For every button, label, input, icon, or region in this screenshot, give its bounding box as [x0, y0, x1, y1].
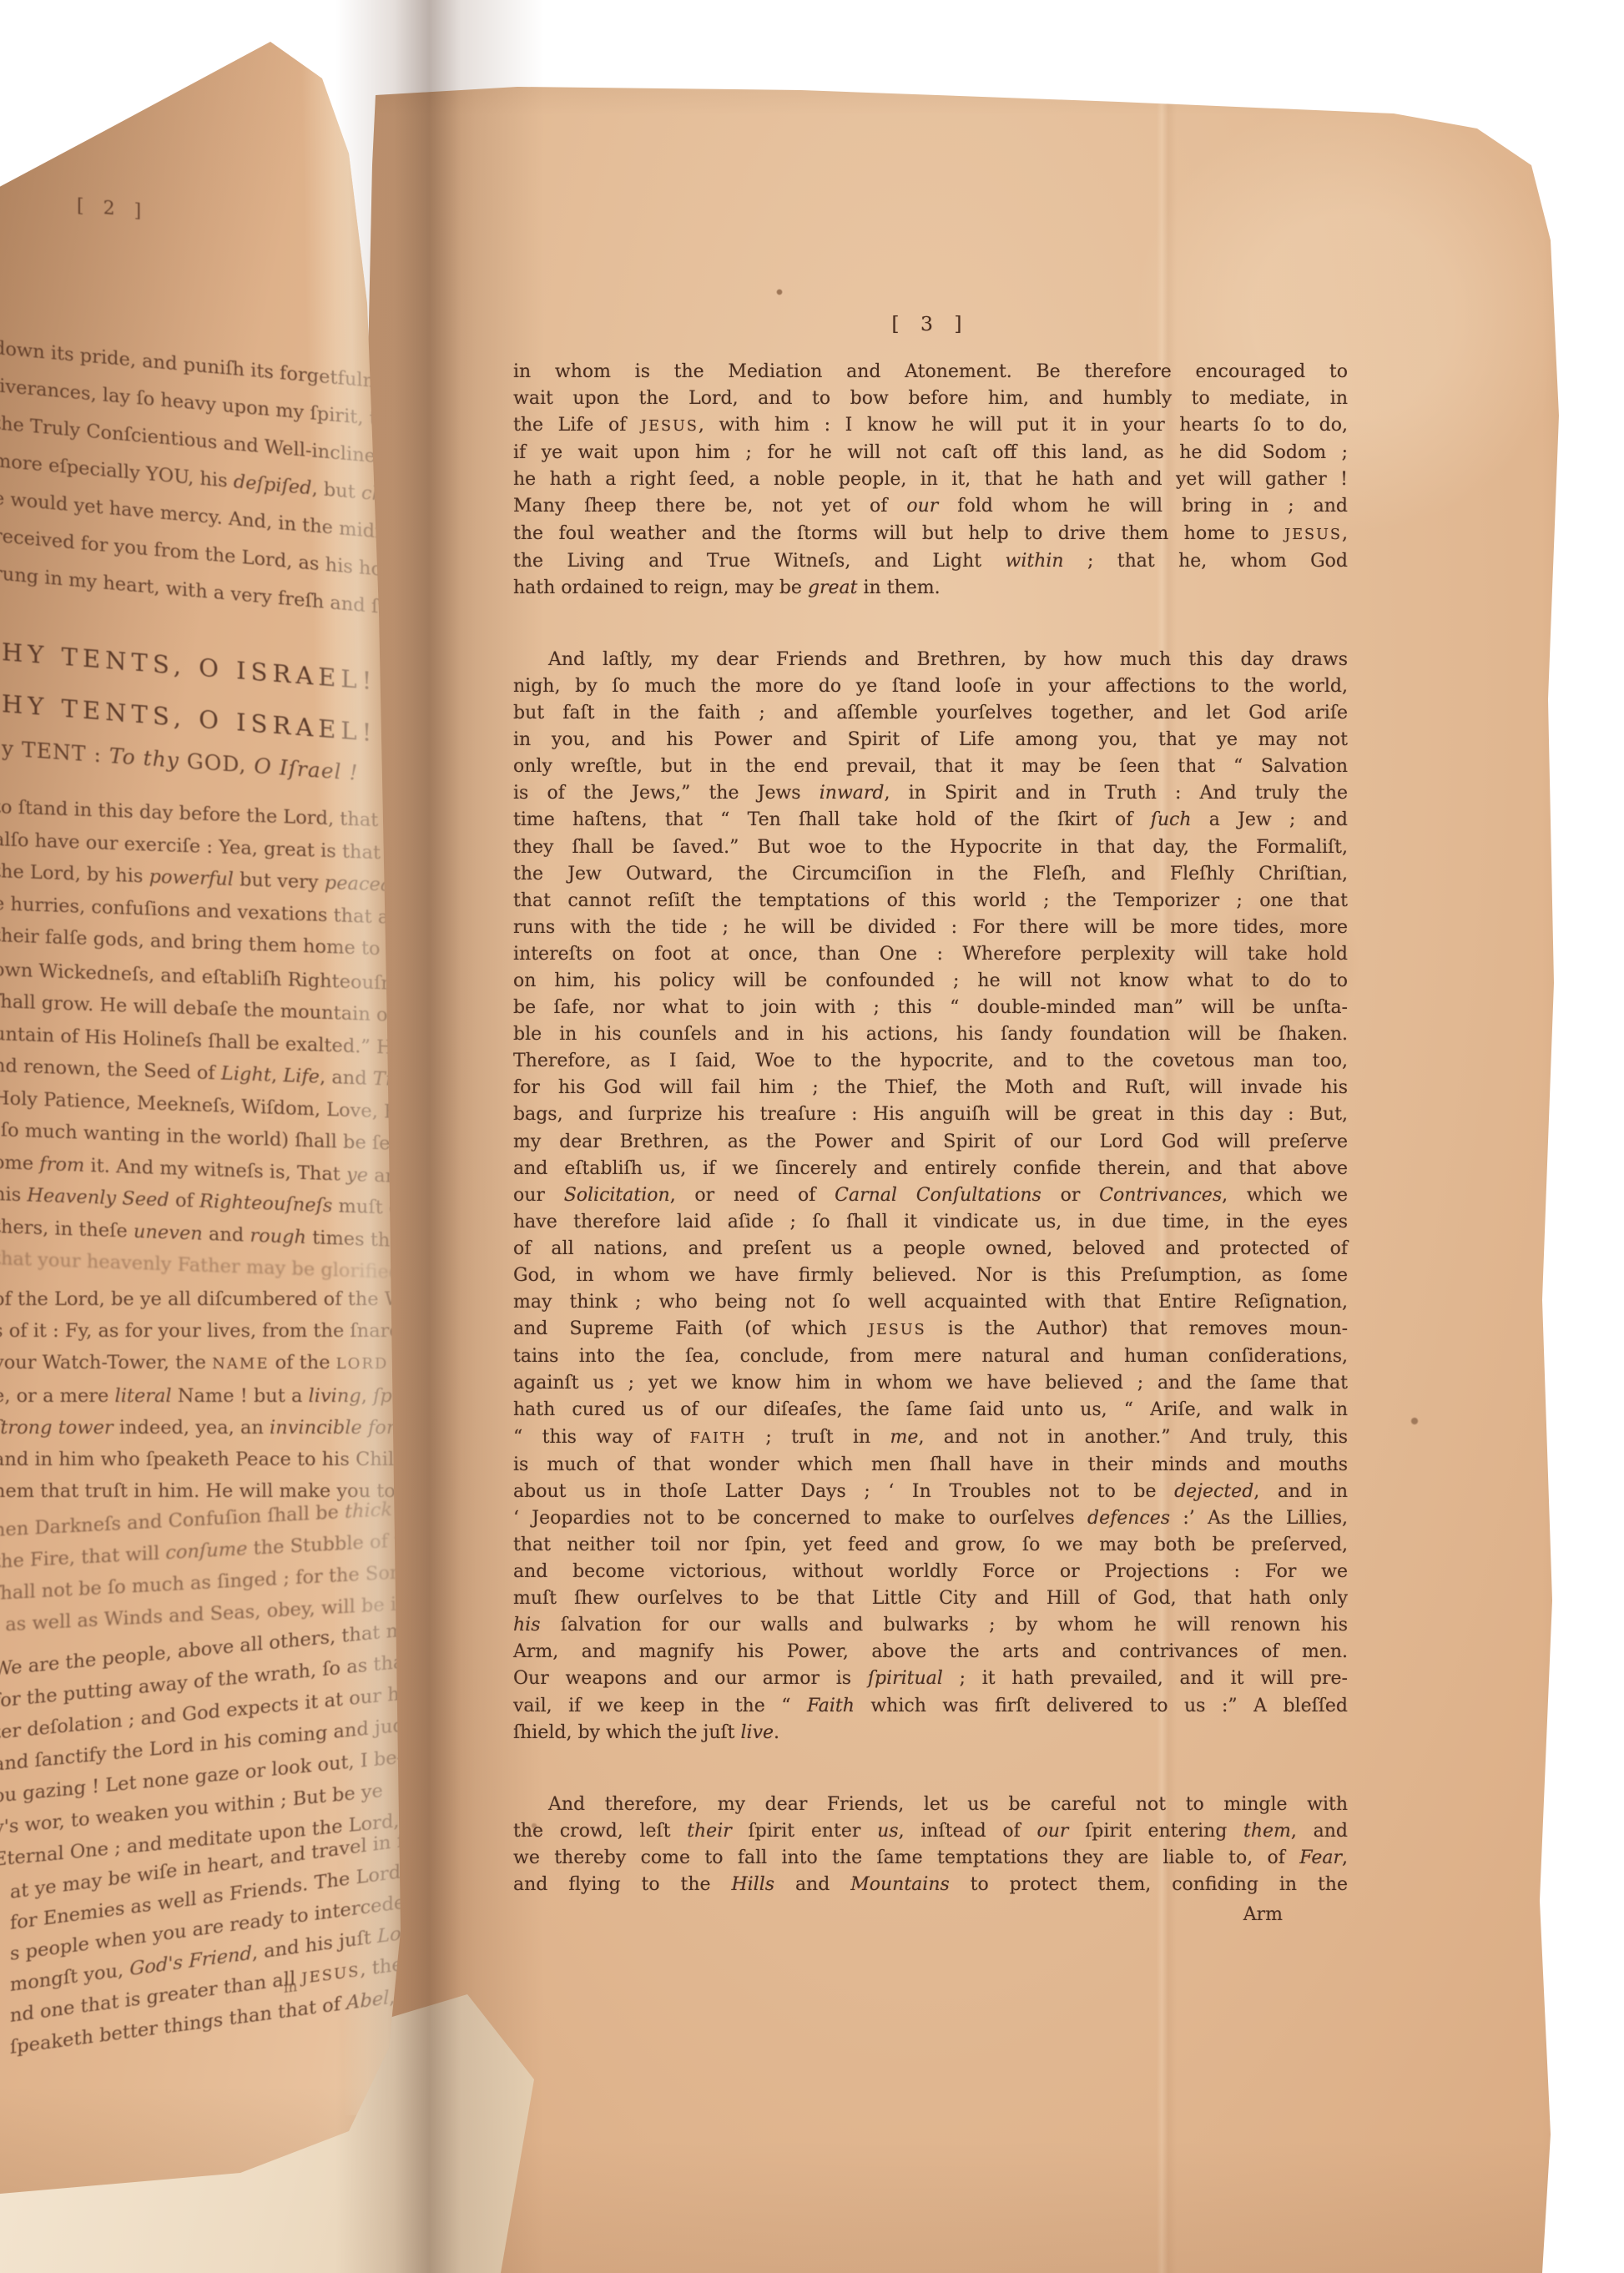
- text-line: in whom is the Mediation and Atonement. …: [513, 359, 1348, 386]
- text-line: they ſhall be ſaved.” But woe to the Hyp…: [513, 834, 1348, 861]
- right-page: [ 3 ] in whom is the Mediation and Atone…: [367, 65, 1601, 2273]
- page-3-text: in whom is the Mediation and Atonement. …: [513, 359, 1348, 1928]
- text-line: the crowd, leſt their ſpirit enter us, i…: [513, 1818, 1348, 1845]
- text-line: about us in thoſe Latter Days ; ‘ In Tro…: [513, 1479, 1348, 1505]
- text-line: and eſtabliſh us, if we ſincerely and en…: [513, 1156, 1348, 1182]
- text-line: Arm, and magnify his Power, above the ar…: [513, 1639, 1348, 1666]
- text-line: And therefore, my dear Friends, let us b…: [513, 1792, 1348, 1818]
- text-line: muſt ſhew ourſelves to be that Little Ci…: [513, 1585, 1348, 1612]
- text-line: be ſafe, nor what to join with ; this “ …: [513, 995, 1348, 1021]
- text-line: bags, and ſurprize his treaſure : His an…: [513, 1101, 1348, 1128]
- text-line: my dear Brethren, as the Power and Spiri…: [513, 1129, 1348, 1156]
- text-line: time haſtens, that “ Ten ſhall take hold…: [513, 807, 1348, 834]
- text-line: the Jew Outward, the Circumciſion in the…: [513, 861, 1348, 888]
- text-line: vail, if we keep in the “ Faith which wa…: [513, 1693, 1348, 1720]
- text-line: for his God will fail him ; the Thief, t…: [513, 1075, 1348, 1101]
- text-line: hath ordained to reign, may be great in …: [513, 575, 1348, 602]
- text-line: Many ſheep there be, not yet of our fold…: [513, 493, 1348, 520]
- text-line: nigh, by ſo much the more do ye ſtand lo…: [513, 673, 1348, 700]
- text-line: and become victorious, without worldly F…: [513, 1559, 1348, 1585]
- page-number-3: [ 3 ]: [513, 312, 1348, 335]
- text-line: on him, his policy will be confounded ; …: [513, 968, 1348, 995]
- text-line: the Living and True Witneſs, and Light w…: [513, 548, 1348, 575]
- left-page: [ 2 ] down its pride, and puniſh its for…: [0, 28, 417, 2203]
- text-line: runs with the tide ; he will be divided …: [513, 915, 1348, 941]
- text-line: tains into the ſea, conclude, from mere …: [513, 1343, 1348, 1370]
- text-line: that cannot reſiſt the temptations of th…: [513, 888, 1348, 915]
- text-line: that neither toil nor ſpin, yet feed and…: [513, 1532, 1348, 1559]
- text-line: the Life of JESUS, with him : I know he …: [513, 412, 1348, 440]
- text-line: And laſtly, my dear Friends and Brethren…: [513, 647, 1348, 673]
- text-line: “ this way of FAITH ; truſt in me, and n…: [513, 1424, 1348, 1452]
- paragraph: in whom is the Mediation and Atonement. …: [513, 359, 1348, 602]
- text-line: Therefore, as I ſaid, Woe to the hypocri…: [513, 1048, 1348, 1075]
- page-number-2: [ 2 ]: [77, 195, 148, 222]
- text-line: his ſalvation for our walls and bulwarks…: [513, 1612, 1348, 1639]
- text-line: but faſt in the faith ; and aſſemble you…: [513, 700, 1348, 727]
- text-line: in you, and his Power and Spirit of Life…: [513, 727, 1348, 753]
- text-line: ſhield, by which the juſt live.: [513, 1720, 1348, 1746]
- text-line: he hath a right ſeed, a noble people, in…: [513, 466, 1348, 493]
- text-line: is much of that wonder which men ſhall h…: [513, 1452, 1348, 1479]
- text-line: wait upon the Lord, and to bow before hi…: [513, 386, 1348, 412]
- paragraph: And laſtly, my dear Friends and Brethren…: [513, 647, 1348, 1746]
- book-photo: [ 3 ] in whom is the Mediation and Atone…: [0, 0, 1624, 2273]
- text-line: and flying to the Hills and Mountains to…: [513, 1872, 1348, 1898]
- text-line: the foul weather and the ſtorms will but…: [513, 521, 1348, 548]
- catchword-arm: Arm: [513, 1902, 1348, 1928]
- text-line: we thereby come to fall into the ſame te…: [513, 1845, 1348, 1872]
- text-line: may think ; who being not ſo well acquai…: [513, 1289, 1348, 1316]
- text-line: only wreſtle, but in the end prevail, th…: [513, 753, 1348, 780]
- page-3-paragraphs: in whom is the Mediation and Atonement. …: [513, 359, 1348, 1898]
- text-line: and Supreme Faith (of which JESUS is the…: [513, 1316, 1348, 1343]
- text-line: God, in whom we have firmly believed. No…: [513, 1262, 1348, 1289]
- text-line: our Solicitation, or need of Carnal Conſ…: [513, 1182, 1348, 1209]
- catchword-in: in: [284, 1978, 297, 1997]
- text-line: if ye wait upon him ; for he will not ca…: [513, 440, 1348, 466]
- text-line: have therefore laid aſide ; ſo ſhall it …: [513, 1209, 1348, 1236]
- text-line: againſt us ; yet we know him in whom we …: [513, 1370, 1348, 1397]
- text-line: intereſts on foot at once, than One : Wh…: [513, 941, 1348, 968]
- text-line: Our weapons and our armor is ſpiritual ;…: [513, 1666, 1348, 1692]
- text-line: of all nations, and preſent us a people …: [513, 1236, 1348, 1262]
- text-line: hath cured us of our diſeaſes, the ſame …: [513, 1397, 1348, 1424]
- text-line: is of the Jews,” the Jews inward, in Spi…: [513, 780, 1348, 807]
- text-line: ‘ Jeopardies not to be concerned to make…: [513, 1505, 1348, 1532]
- paragraph: And therefore, my dear Friends, let us b…: [513, 1792, 1348, 1898]
- text-line: ble in his counſels and in his actions, …: [513, 1021, 1348, 1048]
